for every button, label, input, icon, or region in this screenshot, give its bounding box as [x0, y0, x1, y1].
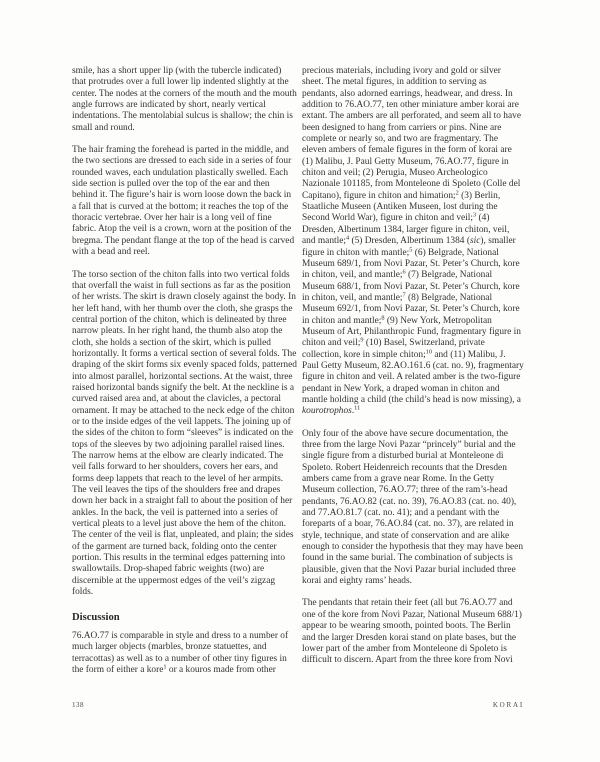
discussion-heading: Discussion: [72, 612, 297, 623]
paragraph: precious materials, including ivory and …: [302, 66, 524, 418]
paragraph: The pendants that retain their feet (all…: [302, 598, 524, 666]
paragraph: smile, has a short upper lip (with the t…: [72, 66, 297, 134]
page-number: 138: [72, 701, 84, 709]
paragraph: Only four of the above have secure docum…: [302, 429, 524, 588]
book-page: smile, has a short upper lip (with the t…: [0, 0, 600, 762]
paragraph: The hair framing the forehead is parted …: [72, 145, 297, 258]
paragraph: The torso section of the chiton falls in…: [72, 270, 297, 599]
running-title: KORAI: [493, 701, 524, 709]
page-footer: 138 KORAI: [72, 701, 524, 713]
paragraph: 76.AO.77 is comparable in style and dres…: [72, 631, 297, 676]
left-column: smile, has a short upper lip (with the t…: [72, 66, 297, 676]
right-column: precious materials, including ivory and …: [302, 66, 524, 667]
